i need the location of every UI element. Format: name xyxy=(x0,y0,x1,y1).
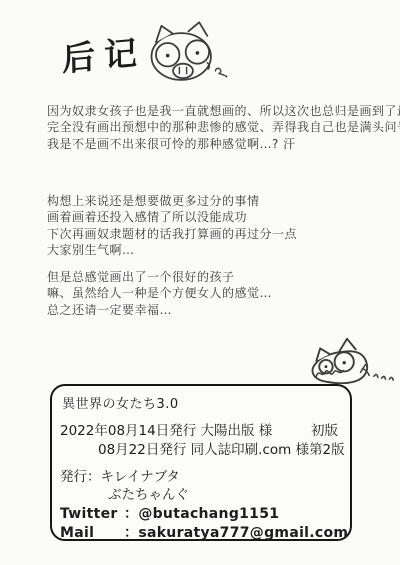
afterword-handwritten-title: 后记 xyxy=(62,26,147,80)
twitter-handle: @butachang1151 xyxy=(138,506,279,522)
paragraph-line: 总之还请一定要幸福… xyxy=(47,302,387,318)
afterword-page: 后记 因为奴隶女孩子也是我一直就想画的、所以这次也总归是画到了最后。 完全没有画… xyxy=(0,0,400,565)
cat-signature-doodle-icon xyxy=(301,332,397,384)
paragraph-line: 构想上来说还是想要做更多过分的事情 xyxy=(47,193,387,209)
paragraph-line: 嘛、虽然给人一种是个方便女人的感觉… xyxy=(47,285,387,301)
mail-row: Mail：sakuratya777@gmail.com xyxy=(60,522,348,542)
publisher-name-2: ぶたちゃんぐ xyxy=(108,483,189,503)
paragraph-line: 我是不是画不出来很可怜的那种感觉啊…? 汗 xyxy=(47,136,387,152)
twitter-separator: ： xyxy=(124,503,138,523)
edition-label: 初版 xyxy=(311,419,338,439)
twitter-label: Twitter xyxy=(60,506,124,522)
paragraph-line: 大家别生气啊… xyxy=(47,242,387,258)
mail-label: Mail xyxy=(60,525,124,541)
twitter-row: Twitter：@butachang1151 xyxy=(60,503,279,523)
book-title: 異世界の女たち3.0 xyxy=(62,393,179,412)
edition-info: 2022年08月14日発行 大陽出版 様 xyxy=(60,419,272,439)
paragraph-2: 构想上来说还是想要做更多过分的事情 画着画着还投入感情了所以没能成功 下次再画奴… xyxy=(47,193,387,258)
mail-separator: ： xyxy=(124,522,138,542)
paragraph-line: 因为奴隶女孩子也是我一直就想画的、所以这次也总归是画到了最后。 xyxy=(47,103,387,119)
colophon-box: 異世界の女たち3.0 2022年08月14日発行 大陽出版 様 初版 08月22… xyxy=(50,384,352,541)
edition-info: 08月22日発行 同人誌印刷.com 様 xyxy=(98,438,309,458)
paragraph-line: 画着画着还投入感情了所以没能成功 xyxy=(47,209,387,225)
publisher-row: 発行：キレイナブタ xyxy=(60,465,180,485)
paragraph-1: 因为奴隶女孩子也是我一直就想画的、所以这次也总归是画到了最后。 完全没有画出预想… xyxy=(47,103,387,152)
edition-row-2: 08月22日発行 同人誌印刷.com 様 第2版 xyxy=(98,438,338,458)
edition-row-1: 2022年08月14日発行 大陽出版 様 初版 xyxy=(60,419,338,439)
publisher-label: 発行 xyxy=(60,469,87,485)
publisher-separator: ： xyxy=(87,465,101,485)
edition-label: 第2版 xyxy=(309,438,345,458)
paragraph-line: 下次再画奴隶题材的话我打算画的再过分一点 xyxy=(47,226,387,242)
paragraph-line: 完全没有画出预想中的那种悲惨的感觉、弄得我自己也是满头问号… xyxy=(47,119,387,135)
paragraph-3: 但是总感觉画出了一个很好的孩子 嘛、虽然给人一种是个方便女人的感觉… 总之还请一… xyxy=(47,269,387,318)
mail-address: sakuratya777@gmail.com xyxy=(138,525,348,541)
paragraph-line: 但是总感觉画出了一个很好的孩子 xyxy=(47,269,387,285)
pig-cat-mascot-icon xyxy=(138,20,228,84)
